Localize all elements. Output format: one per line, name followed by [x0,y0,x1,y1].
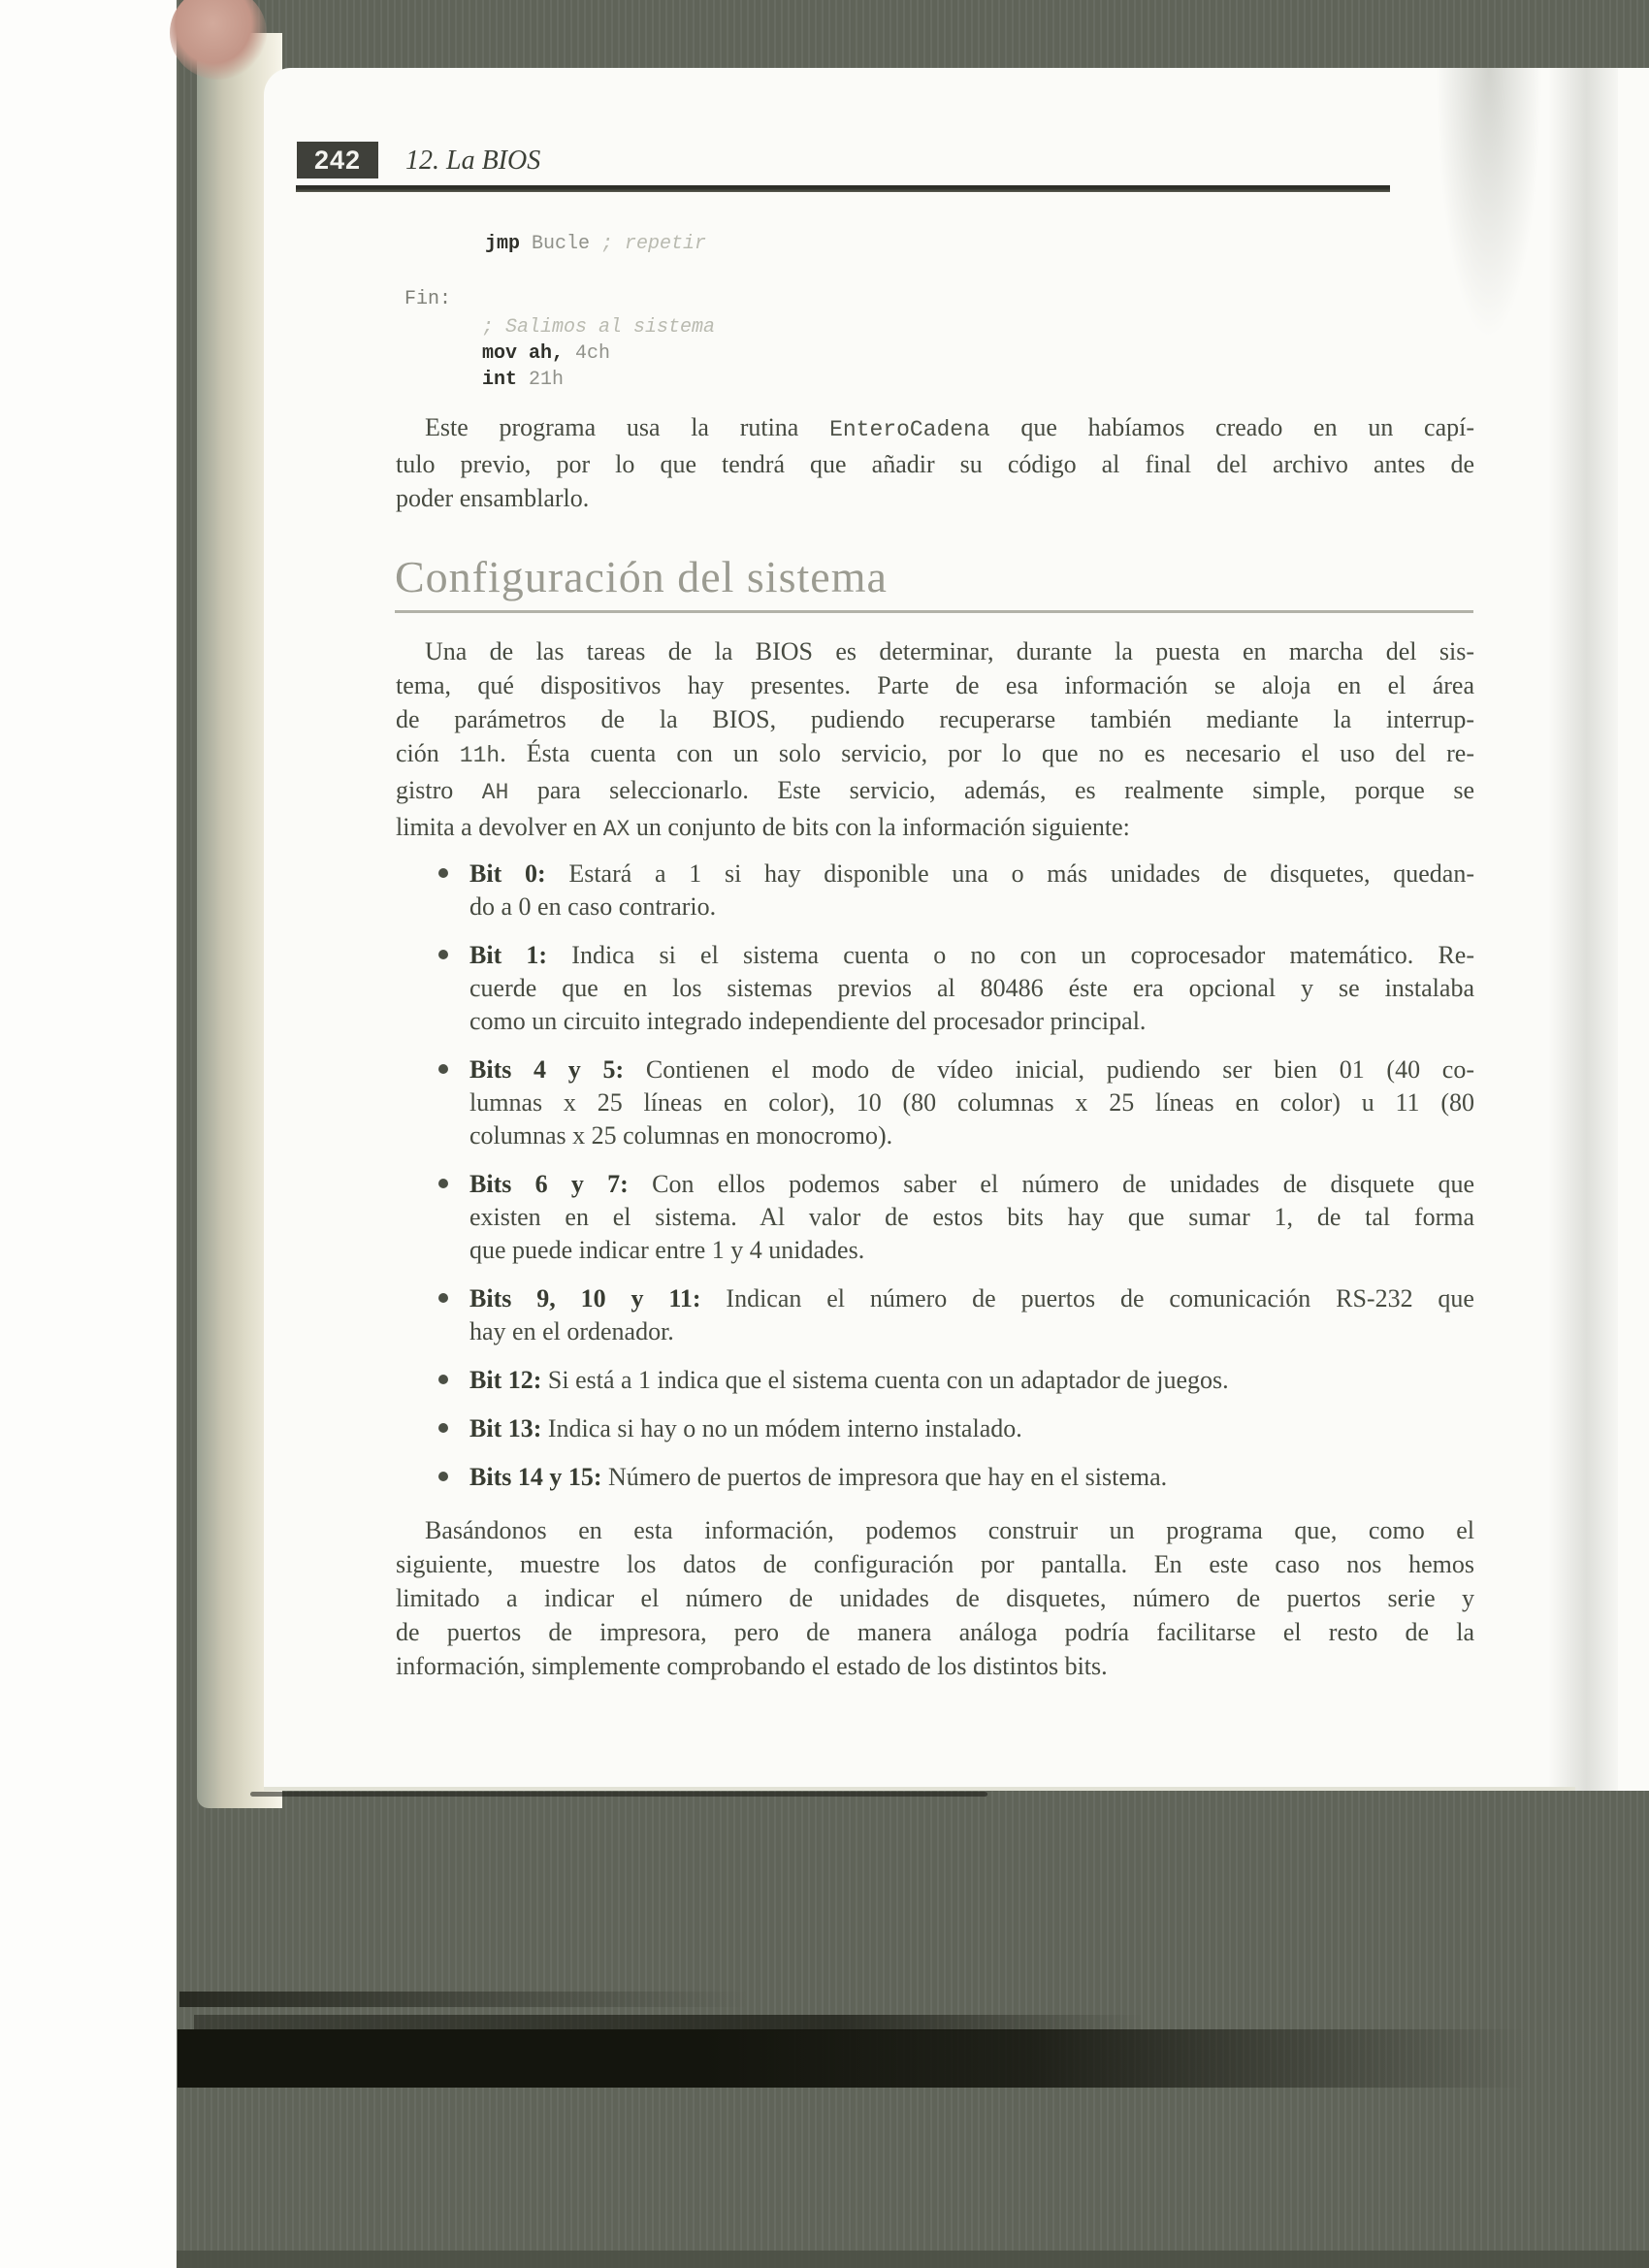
paragraph-una-de-las-tareas: Una de las tareas de la BIOS es determin… [396,634,1474,847]
text-line: cuerde que en los sistemas previos al 80… [469,972,1474,1005]
chapter-running-header: 12. La BIOS [405,146,540,177]
text-run: Indica si el sistema cuenta o no con un … [547,941,1474,969]
text-line: tulo previo, por lo que tendrá que añadi… [396,447,1474,481]
page-curl-shadow-right [1548,68,1618,1791]
code-line-int: int 21h [482,369,564,391]
bullet-lead: Bit 0: [469,859,546,888]
section-heading-rule [395,610,1473,613]
list-item-bits9-10-11: Bits 9, 10 y 11: Indican el número de pu… [396,1282,1474,1348]
text-line: siguiente, muestre los datos de configur… [396,1547,1474,1581]
list-item-bit13: Bit 13: Indica si hay o no un módem inte… [396,1412,1474,1445]
text-run: Este programa usa la rutina [425,413,829,441]
text-line: como un circuito integrado independiente… [469,1005,1474,1038]
inline-code-ah: AH [482,780,509,805]
text-line: ción 11h. Ésta cuenta con un solo servic… [396,736,1474,773]
text-run: Con ellos podemos saber el número de uni… [629,1170,1474,1198]
text-line: Bit 0: Estará a 1 si hay disponible una … [469,858,1474,891]
list-item-bits4-5: Bits 4 y 5: Contienen el modo de vídeo i… [396,1053,1474,1152]
text-line: lumnas x 25 líneas en color), 10 (80 col… [469,1086,1474,1119]
page-curl-shadow-top-right [1436,68,1542,340]
text-line: hay en el ordenador. [469,1315,1474,1348]
scanned-book-page: 242 12. La BIOS jmp Bucle ; repetir Fin:… [0,0,1649,2268]
bullet-lead: Bit 13: [469,1414,541,1442]
text-run: . Ésta cuenta con un solo servicio, por … [500,739,1474,767]
code-keyword: mov ah, [482,342,564,365]
text-line: Bits 6 y 7: Con ellos podemos saber el n… [469,1168,1474,1201]
paragraph-basandonos: Basándonos en esta información, podemos … [396,1513,1474,1683]
bullet-dot-icon [438,1423,448,1433]
code-operand: 21h [517,369,564,391]
bullet-lead: Bits 14 y 15: [469,1463,602,1491]
code-keyword: int [482,369,517,391]
bullet-dot-icon [438,1375,448,1384]
text-run: limita a devolver en [396,813,603,841]
list-item-bits14-15: Bits 14 y 15: Número de puertos de impre… [396,1461,1474,1494]
code-comment: ; repetir [601,233,706,255]
text-line: Una de las tareas de la BIOS es determin… [396,634,1474,668]
text-line: limitado a indicar el número de unidades… [396,1581,1474,1615]
bullet-lead: Bit 1: [469,941,547,969]
text-run: Estará a 1 si hay disponible una o más u… [546,859,1474,888]
text-run: Indica si hay o no un módem interno inst… [541,1414,1021,1442]
code-line-jmp: jmp Bucle ; repetir [485,233,706,255]
text-run: gistro [396,776,482,804]
text-line: Bits 9, 10 y 11: Indican el número de pu… [469,1282,1474,1315]
text-line: existen en el sistema. Al valor de estos… [469,1201,1474,1234]
scan-streak-dark-band [178,2029,1555,2088]
text-line: Bit 13: Indica si hay o no un módem inte… [469,1412,1474,1445]
inline-code-enterocadena: EnteroCadena [829,417,990,442]
text-run: para seleccionarlo. Este servicio, ademá… [508,776,1474,804]
text-run: Contienen el modo de vídeo inicial, pudi… [624,1055,1474,1084]
bullet-dot-icon [438,1472,448,1481]
text-line: do a 0 en caso contrario. [469,891,1474,923]
text-run: Número de puertos de impresora que hay e… [602,1463,1168,1491]
text-line: limita a devolver en AX un conjunto de b… [396,810,1474,847]
page-number-badge: 242 [297,142,378,178]
bullet-lead: Bits 4 y 5: [469,1055,624,1084]
text-line: Bit 1: Indica si el sistema cuenta o no … [469,939,1474,972]
text-run: ción [396,739,460,767]
text-run: Indican el número de puertos de comunica… [701,1284,1474,1312]
text-line: columnas x 25 columnas en monocromo). [469,1119,1474,1152]
text-line: información, simplemente comprobando el … [396,1649,1474,1683]
text-run: que habíamos creado en un capí- [990,413,1474,441]
code-keyword: jmp [485,233,520,255]
text-line: de puertos de impresora, pero de manera … [396,1615,1474,1649]
text-run: un conjunto de bits con la información s… [630,813,1130,841]
text-line: Basándonos en esta información, podemos … [396,1513,1474,1547]
paragraph-este-programa: Este programa usa la rutina EnteroCadena… [396,410,1474,515]
header-rule [296,185,1390,192]
scan-streak [179,1992,800,2007]
inline-code-ax: AX [603,817,630,842]
bullet-dot-icon [438,950,448,959]
bit-description-list: Bit 0: Estará a 1 si hay disponible una … [396,858,1474,1509]
page-bottom-edge [264,1787,1575,1791]
text-line: Bits 14 y 15: Número de puertos de impre… [469,1461,1474,1494]
bullet-lead: Bits 9, 10 y 11: [469,1284,701,1312]
text-line: poder ensamblarlo. [396,481,1474,515]
page-number: 242 [314,146,361,176]
list-item-bits6-7: Bits 6 y 7: Con ellos podemos saber el n… [396,1168,1474,1267]
text-line: gistro AH para seleccionarlo. Este servi… [396,773,1474,810]
text-run: Si está a 1 indica que el sistema cuenta… [541,1366,1228,1394]
bullet-lead: Bits 6 y 7: [469,1170,629,1198]
bullet-lead: Bit 12: [469,1366,541,1394]
list-item-bit1: Bit 1: Indica si el sistema cuenta o no … [396,939,1474,1038]
list-item-bit0: Bit 0: Estará a 1 si hay disponible una … [396,858,1474,923]
text-line: que puede indicar entre 1 y 4 unidades. [469,1234,1474,1267]
code-label-fin: Fin: [404,288,451,310]
code-comment-salimos: ; Salimos al sistema [482,316,715,339]
bullet-dot-icon [438,1293,448,1303]
page-bottom-shadow [250,1792,987,1797]
code-operand: Bucle [520,233,601,255]
bullet-dot-icon [438,1064,448,1074]
bullet-dot-icon [438,1179,448,1188]
text-line: Este programa usa la rutina EnteroCadena… [396,410,1474,447]
code-line-mov: mov ah, 4ch [482,342,610,365]
text-line: de parámetros de la BIOS, pudiendo recup… [396,702,1474,736]
text-line: tema, qué dispositivos hay presentes. Pa… [396,668,1474,702]
scan-streak [194,2015,1183,2030]
code-operand: 4ch [564,342,610,365]
bullet-dot-icon [438,868,448,878]
text-line: Bit 12: Si está a 1 indica que el sistem… [469,1364,1474,1397]
text-line: Bits 4 y 5: Contienen el modo de vídeo i… [469,1053,1474,1086]
list-item-bit12: Bit 12: Si está a 1 indica que el sistem… [396,1364,1474,1397]
section-heading: Configuración del sistema [395,551,888,602]
scanner-backdrop-bottom-edge [177,2251,1649,2268]
inline-code-11h: 11h [460,743,500,768]
